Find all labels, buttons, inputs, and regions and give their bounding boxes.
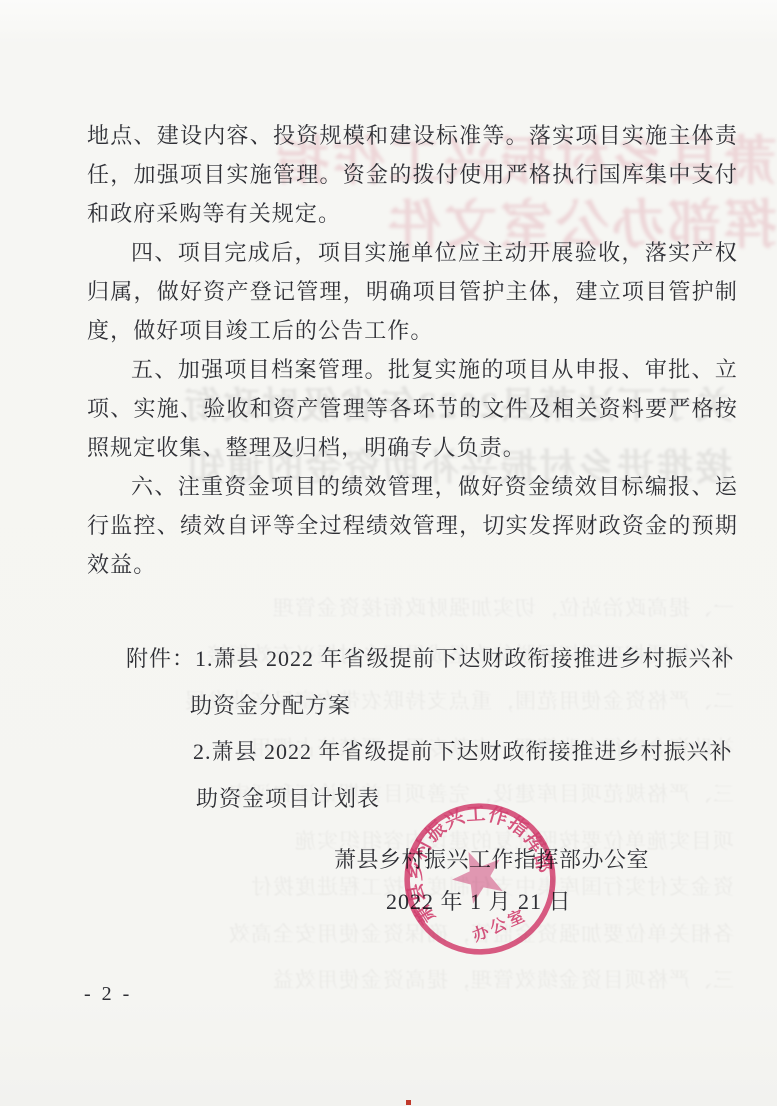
attachment-1-title: 1.萧县 2022 年省级提前下达财政衔接推进乡村振兴补 [195,646,735,671]
attachment-1-line-1: 附件：1.萧县 2022 年省级提前下达财政衔接推进乡村振兴补 [126,636,746,683]
paragraph-item-5: 五、加强项目档案管理。批复实施的项目从申报、审批、立项、实施、验收和资产管理等各… [87,350,738,467]
scan-speck [406,1100,411,1105]
attachment-1-line-2: 助资金分配方案 [126,683,746,730]
bleed-line: 一、提高政治站位，切实加强财政衔接资金管理 [72,585,734,632]
document-body: 地点、建设内容、投资规模和建设标准等。落实项目实施主体责任，加强项目实施管理。资… [87,116,738,584]
paragraph-item-4: 四、项目完成后，项目实施单位应主动开展验收，落实产权归属，做好资产登记管理，明确… [87,233,738,350]
seal-star-icon [445,842,512,908]
attachments-label: 附件： [126,646,195,671]
bleed-line: 三、严格项目资金绩效管理，提高资金使用效益 [72,957,734,1004]
paragraph-continuation: 地点、建设内容、投资规模和建设标准等。落实项目实施主体责任，加强项目实施管理。资… [87,116,738,233]
attachment-2-line-1: 2.萧县 2022 年省级提前下达财政衔接推进乡村振兴补 [126,729,746,776]
attachments-block: 附件：1.萧县 2022 年省级提前下达财政衔接推进乡村振兴补 助资金分配方案 … [126,636,746,822]
paragraph-item-6: 六、注重资金项目的绩效管理，做好资金绩效目标编报、运行监控、绩效自评等全过程绩效… [87,467,738,584]
page-number: - 2 - [84,983,132,1006]
